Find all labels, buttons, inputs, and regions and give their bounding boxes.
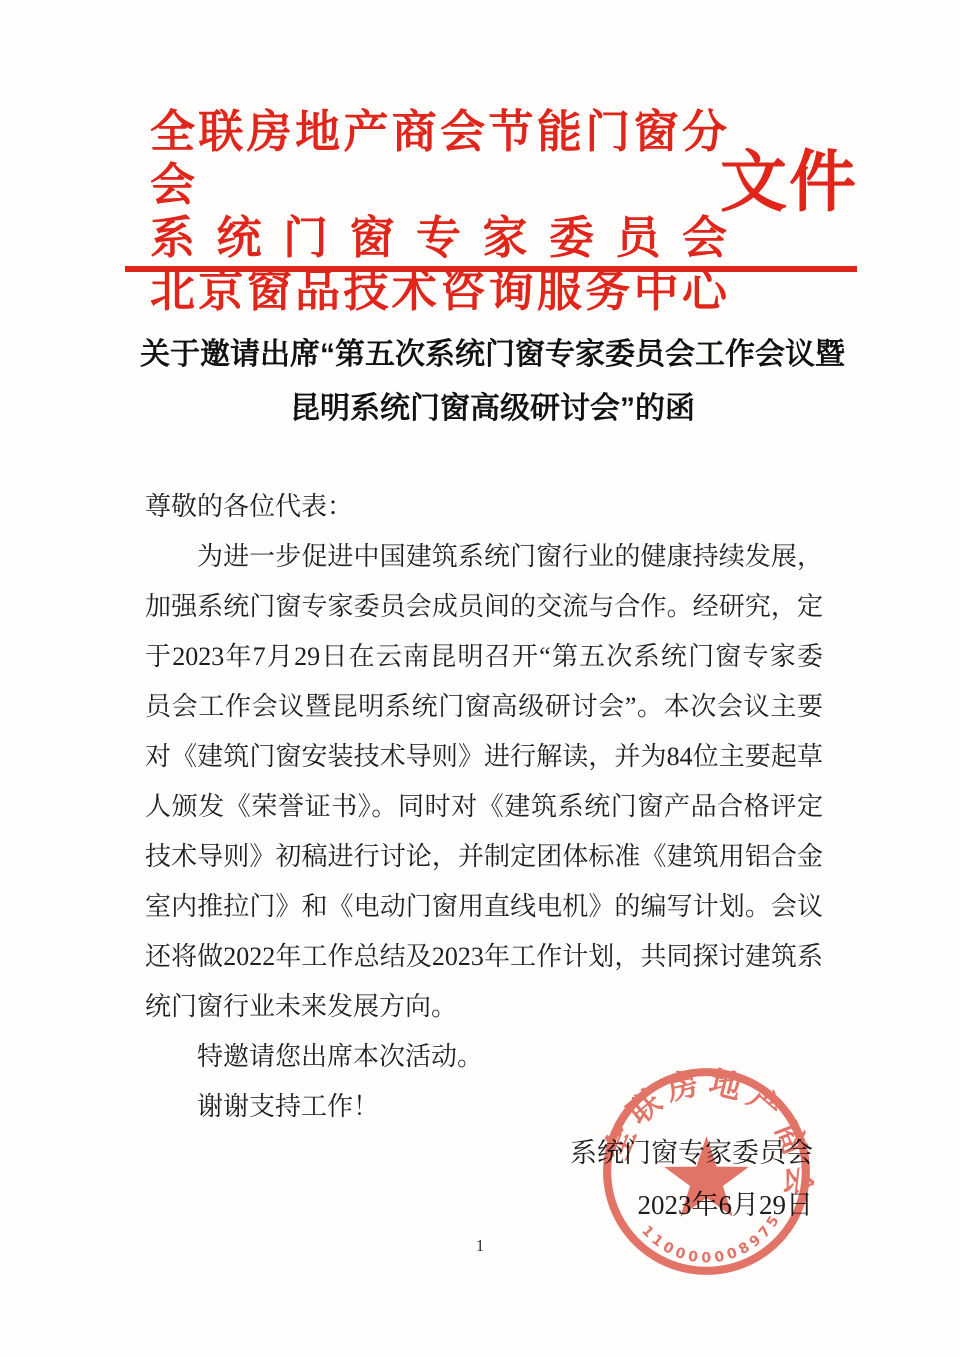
body-line: 对《建筑门窗安装技术导则》进行解读，并为84位主要起草: [145, 732, 823, 782]
body-line: 还将做2022年工作总结及2023年工作计划，共同探讨建筑系: [145, 932, 823, 982]
invite-line: 特邀请您出席本次活动。: [145, 1032, 823, 1082]
thanks-line: 谢谢支持工作！: [145, 1082, 823, 1132]
body-line: 人颁发《荣誉证书》。同时对《建筑系统门窗产品合格评定: [145, 782, 823, 832]
document-title: 关于邀请出席“第五次系统门窗专家委员会工作会议暨 昆明系统门窗高级研讨会”的函: [130, 328, 855, 436]
body-line: 为进一步促进中国建筑系统门窗行业的健康持续发展，: [145, 532, 823, 582]
document-title-line-1: 关于邀请出席“第五次系统门窗专家委员会工作会议暨: [130, 328, 855, 382]
body-line: 统门窗行业未来发展方向。: [145, 982, 823, 1032]
org-line-2: 系统门窗专家委员会: [150, 212, 727, 265]
salutation: 尊敬的各位代表：: [145, 482, 823, 532]
page-number: 1: [0, 1236, 960, 1256]
letterhead-divider: [125, 266, 857, 272]
signature-date: 2023年6月29日: [145, 1188, 813, 1222]
document-type-label: 文件: [720, 148, 858, 218]
masthead-org-names: 全联房地产商会节能门窗分会 系统门窗专家委员会 北京窗品技术咨询服务中心: [150, 106, 727, 318]
body-line: 于2023年7月29日在云南昆明召开“第五次系统门窗专家委: [145, 632, 823, 682]
document-title-line-2: 昆明系统门窗高级研讨会”的函: [130, 382, 855, 436]
body-line: 技术导则》初稿进行讨论，并制定团体标准《建筑用铝合金: [145, 832, 823, 882]
signature-org-name: 系统门窗专家委员会: [145, 1136, 813, 1170]
body-line: 室内推拉门》和《电动门窗用直线电机》的编写计划。会议: [145, 882, 823, 932]
document-page: 全联房地产商会节能门窗分会 系统门窗专家委员会 北京窗品技术咨询服务中心 文件 …: [0, 0, 960, 1357]
org-line-3: 北京窗品技术咨询服务中心: [150, 265, 727, 318]
body-line: 加强系统门窗专家委员会成员间的交流与合作。经研究，定: [145, 582, 823, 632]
letter-body: 尊敬的各位代表： 为进一步促进中国建筑系统门窗行业的健康持续发展， 加强系统门窗…: [145, 482, 823, 1132]
org-line-1: 全联房地产商会节能门窗分会: [150, 106, 727, 212]
body-line: 员会工作会议暨昆明系统门窗高级研讨会”。本次会议主要: [145, 682, 823, 732]
